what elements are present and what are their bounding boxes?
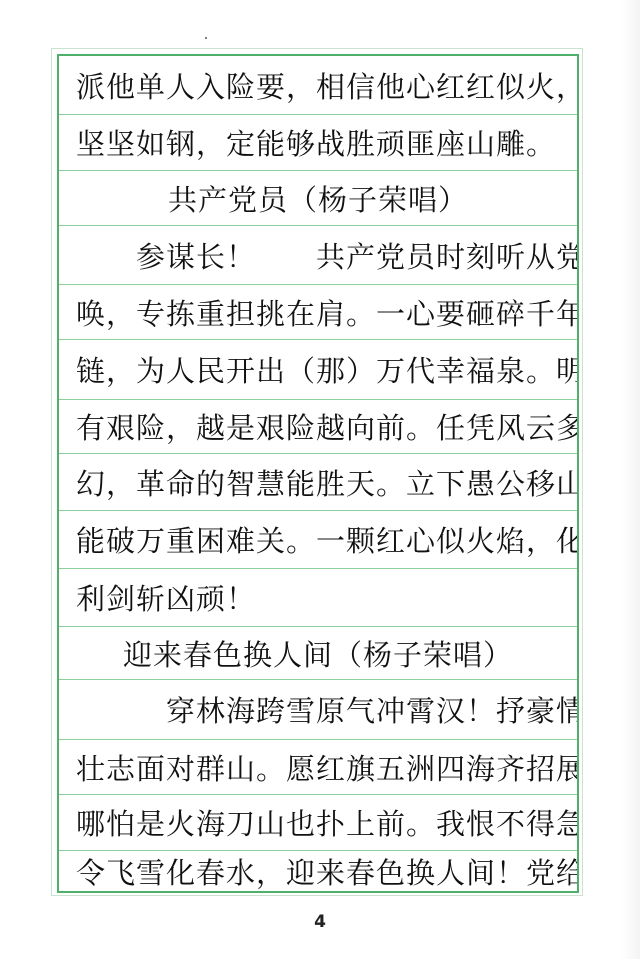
section-title-2: 迎来春色换人间（杨子荣唱） — [59, 627, 577, 680]
section-title-text: 迎来春色换人间（杨子荣唱） — [123, 633, 513, 674]
section-title-1: 共产党员（杨子荣唱） — [59, 171, 577, 226]
section-title-text: 共产党员（杨子荣唱） — [168, 178, 468, 219]
copybook-grid: 派他单人入险要，相信他心红红似火，志 坚坚如钢，定能够战胜顽匪座山雕。 共产党员… — [57, 54, 579, 893]
line-7: 有艰险，越是艰险越向前。任凭风云多变 — [59, 400, 577, 454]
line-9: 能破万重困难关。一颗红心似火焰，化作 — [59, 511, 577, 569]
line-13: 壮志面对群山。愿红旗五洲四海齐招展， — [59, 740, 577, 795]
line-text: 有艰险，越是艰险越向前。任凭风云多变 — [59, 406, 577, 447]
line-2: 坚坚如钢，定能够战胜顽匪座山雕。 — [59, 115, 577, 171]
page-edge-shadow — [622, 0, 640, 959]
line-text: 壮志面对群山。愿红旗五洲四海齐招展， — [59, 747, 577, 788]
line-text: 哪怕是火海刀山也扑上前。我恨不得急 — [59, 802, 577, 843]
line-14: 哪怕是火海刀山也扑上前。我恨不得急 — [59, 795, 577, 851]
line-text: 令飞雪化春水，迎来春色换人间！党给 — [59, 851, 577, 891]
line-text: 能破万重困难关。一颗红心似火焰，化作 — [59, 519, 577, 560]
line-text: 派他单人入险要，相信他心红红似火，志 — [59, 65, 577, 106]
line-text: 利剑斩凶顽！ — [59, 577, 256, 618]
line-text: 链，为人民开出（那）万代幸福泉。明知征途 — [59, 349, 577, 390]
line-8: 幻，革命的智慧能胜天。立下愚公移山志， — [59, 454, 577, 511]
line-text: 坚坚如钢，定能够战胜顽匪座山雕。 — [59, 122, 556, 163]
line-6: 链，为人民开出（那）万代幸福泉。明知征途 — [59, 340, 577, 400]
line-text: 穿林海跨雪原气冲霄汉！抒豪情寄 — [59, 689, 577, 730]
line-text: 幻，革命的智慧能胜天。立下愚公移山志， — [59, 462, 577, 503]
line-5: 唤，专拣重担挑在肩。一心要砸碎千年铁锁 — [59, 285, 577, 340]
line-1: 派他单人入险要，相信他心红红似火，志 — [59, 56, 577, 115]
line-12: 穿林海跨雪原气冲霄汉！抒豪情寄 — [59, 680, 577, 740]
line-10: 利剑斩凶顽！ — [59, 569, 577, 627]
page-number: 4 — [0, 912, 640, 932]
line-text: 参谋长！ 共产党员时刻听从党召 — [59, 235, 577, 276]
speck-mark — [205, 37, 207, 39]
line-15: 令飞雪化春水，迎来春色换人间！党给 — [59, 851, 577, 891]
line-text: 唤，专拣重担挑在肩。一心要砸碎千年铁锁 — [59, 292, 577, 333]
line-4: 参谋长！ 共产党员时刻听从党召 — [59, 226, 577, 285]
